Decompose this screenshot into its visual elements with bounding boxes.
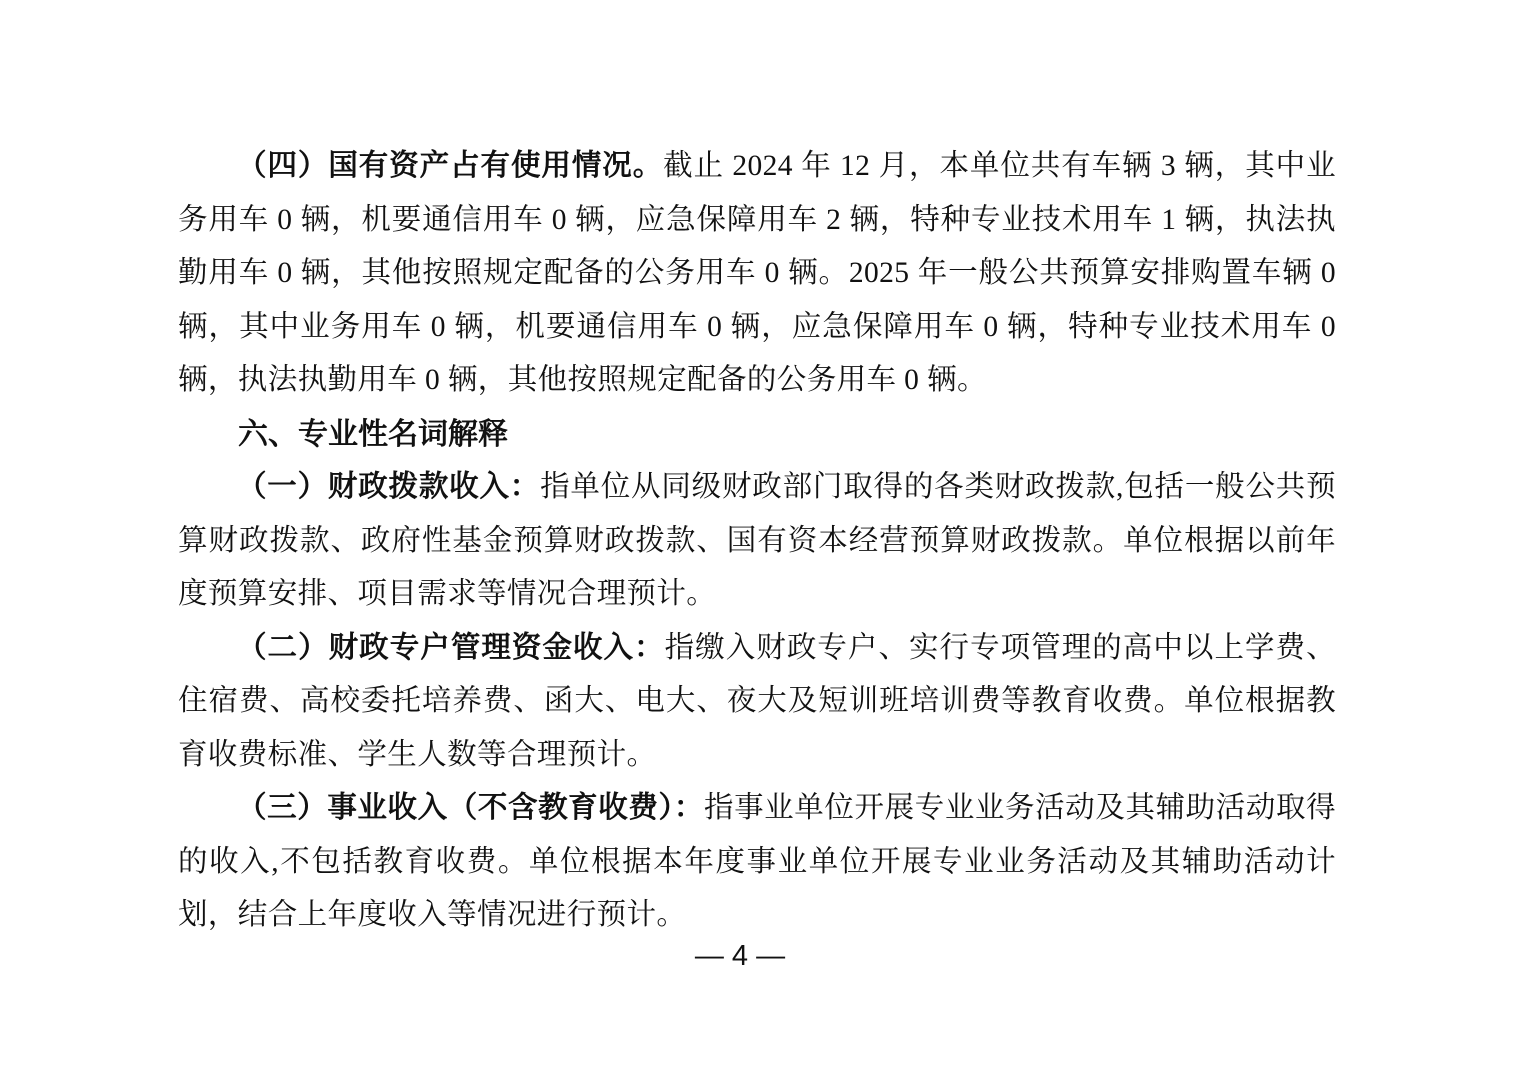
section-heading-glossary: 六、专业性名词解释: [178, 408, 1336, 462]
paragraph-business-income: （三）事业收入（不含教育收费）：指事业单位开展专业业务活动及其辅助活动取得的收入…: [178, 782, 1336, 943]
document-body: （四）国有资产占有使用情况。截止 2024 年 12 月，本单位共有车辆 3 辆…: [178, 140, 1336, 943]
paragraph-state-assets-lead: （四）国有资产占有使用情况。: [237, 150, 663, 182]
document-page: （四）国有资产占有使用情况。截止 2024 年 12 月，本单位共有车辆 3 辆…: [0, 0, 1520, 1074]
page-number: — 4 —: [0, 936, 1480, 976]
paragraph-special-account-lead: （二）财政专户管理资金收入：: [237, 632, 665, 664]
paragraph-fiscal-appropriation-lead: （一）财政拨款收入：: [237, 471, 540, 503]
paragraph-state-assets-text: 截止 2024 年 12 月，本单位共有车辆 3 辆，其中业务用车 0 辆，机要…: [178, 150, 1336, 396]
paragraph-fiscal-appropriation-income: （一）财政拨款收入：指单位从同级财政部门取得的各类财政拨款,包括一般公共预算财政…: [178, 461, 1336, 622]
paragraph-state-assets-usage: （四）国有资产占有使用情况。截止 2024 年 12 月，本单位共有车辆 3 辆…: [178, 140, 1336, 408]
paragraph-special-account-funds: （二）财政专户管理资金收入：指缴入财政专户、实行专项管理的高中以上学费、住宿费、…: [178, 622, 1336, 783]
paragraph-business-income-lead: （三）事业收入（不含教育收费）：: [237, 792, 704, 824]
